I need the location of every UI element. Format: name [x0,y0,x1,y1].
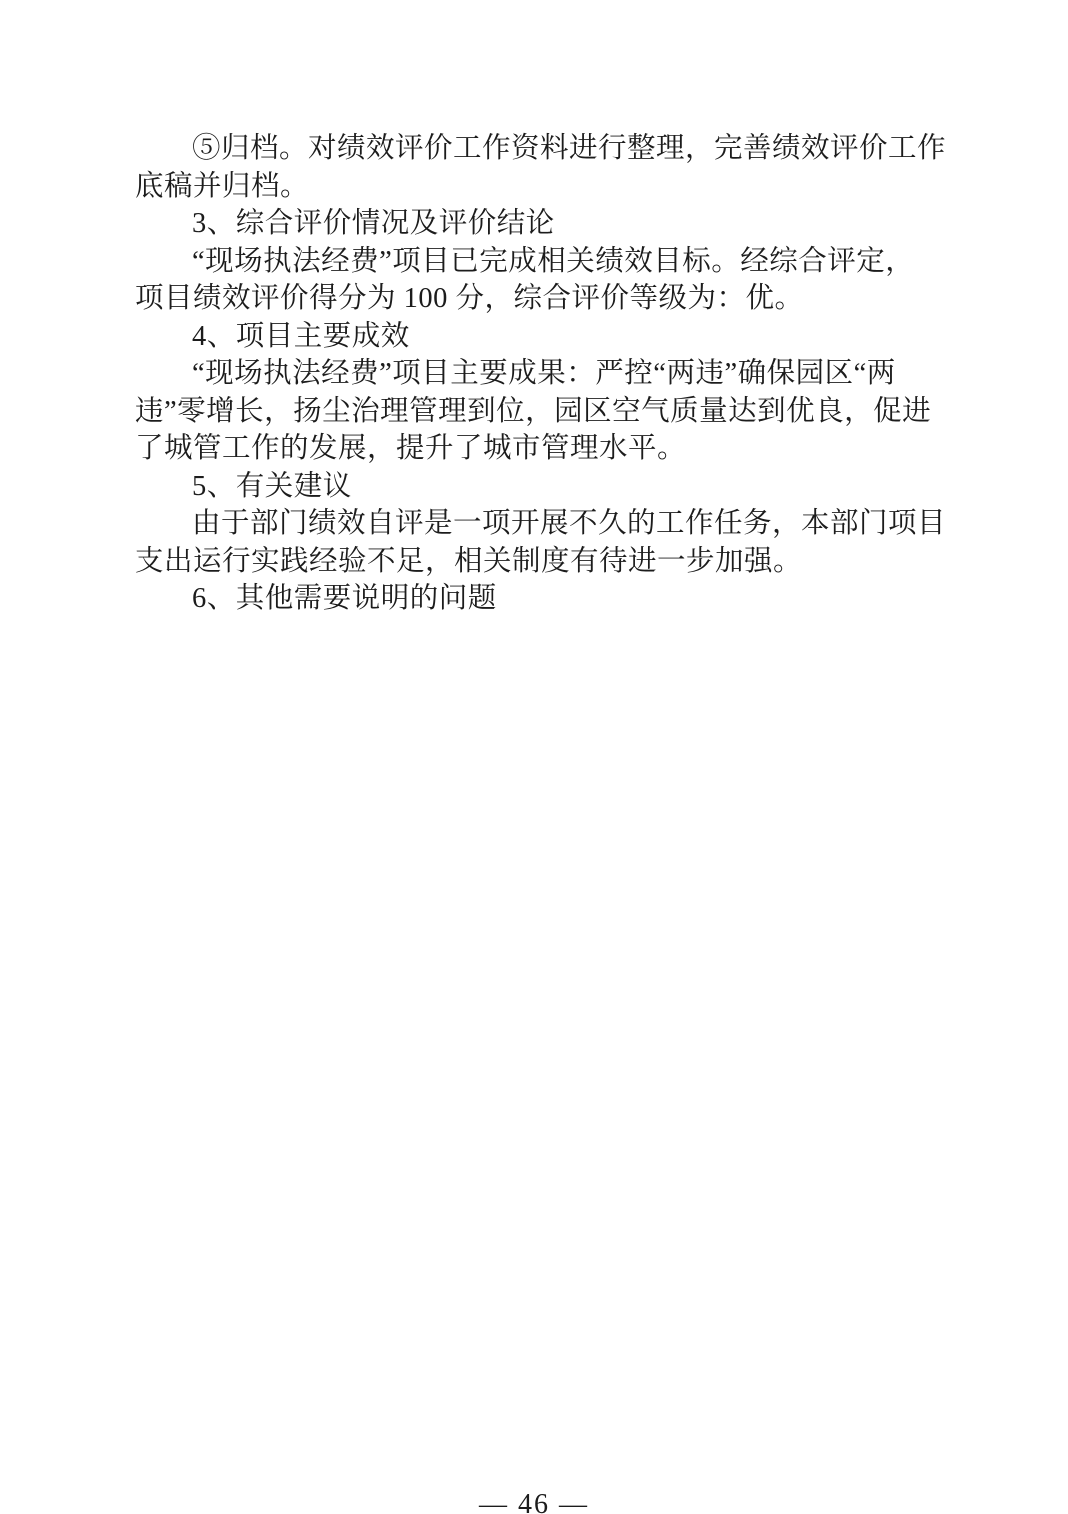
text-line: 6、其他需要说明的问题 [135,580,933,618]
document-body: ⑤归档。对绩效评价工作资料进行整理，完善绩效评价工作底稿并归档。3、综合评价情况… [135,130,933,618]
text-line: 底稿并归档。 [135,168,933,206]
text-line: 支出运行实践经验不足，相关制度有待进一步加强。 [135,543,933,581]
text-line: 3、综合评价情况及评价结论 [135,205,933,243]
text-line: ⑤归档。对绩效评价工作资料进行整理，完善绩效评价工作 [135,130,933,168]
text-line: “现场执法经费”项目主要成果：严控“两违”确保园区“两 [135,355,933,393]
text-line: 了城管工作的发展，提升了城市管理水平。 [135,430,933,468]
text-line: 项目绩效评价得分为 100 分，综合评价等级为：优。 [135,280,933,318]
text-line: 4、项目主要成效 [135,318,933,356]
text-line: 由于部门绩效自评是一项开展不久的工作任务，本部门项目 [135,505,933,543]
text-line: 违”零增长，扬尘治理管理到位，园区空气质量达到优良，促进 [135,393,933,431]
page-footer: — 46 — [0,1490,1068,1514]
text-line: “现场执法经费”项目已完成相关绩效目标。经综合评定， [135,243,933,281]
text-line: 5、有关建议 [135,468,933,506]
document-page: ⑤归档。对绩效评价工作资料进行整理，完善绩效评价工作底稿并归档。3、综合评价情况… [0,0,1068,1514]
page-number: — 46 — [479,1489,589,1514]
